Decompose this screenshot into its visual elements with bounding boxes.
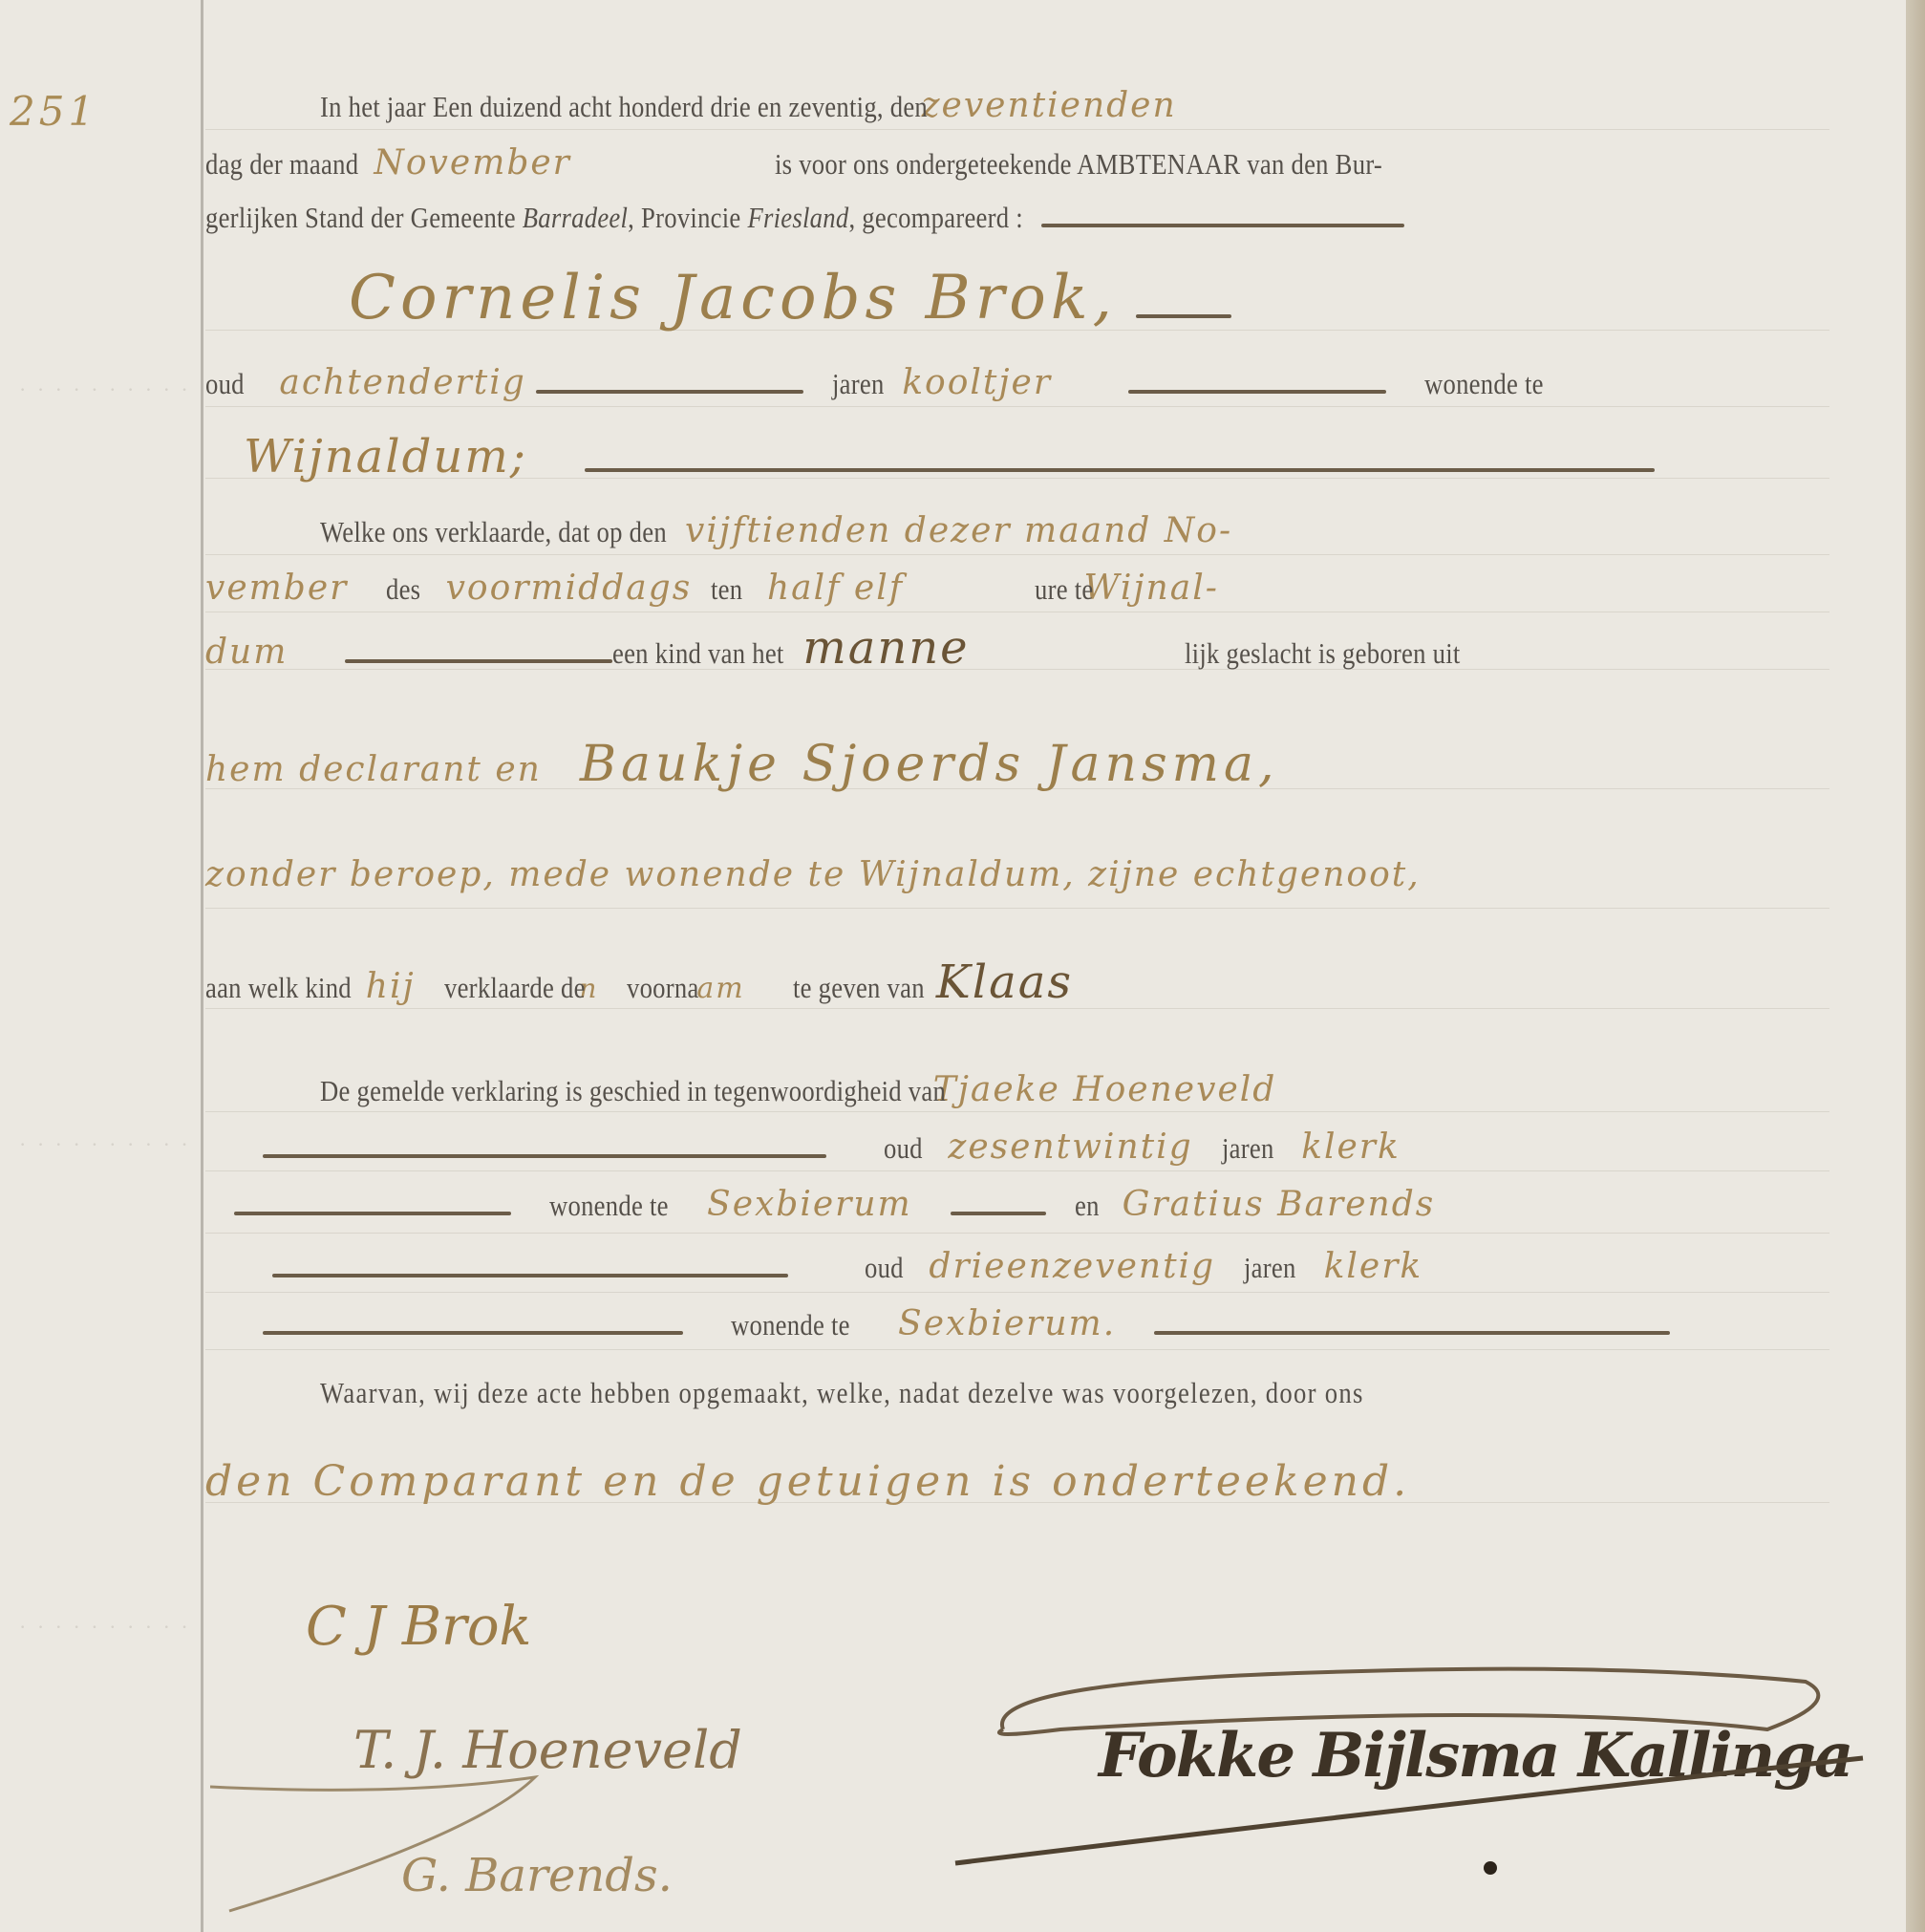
printed-text: wonende te: [1424, 367, 1544, 401]
text-line-19: den Comparant en de getuigen is ondertee…: [205, 1457, 1877, 1524]
text-line-8: vember des voormiddags ten half elf ure …: [205, 569, 1877, 626]
fill-stroke: [585, 468, 1655, 472]
bleed-through-text: · · · · · · · · · ·: [19, 1615, 191, 1640]
printed-text: des: [386, 572, 420, 607]
text-line-1: In het jaar Een duizend acht honderd dri…: [205, 86, 1877, 143]
fill-stroke: [536, 390, 803, 394]
fill-stroke: [1041, 224, 1404, 227]
printed-text: jaren: [832, 367, 885, 401]
text-line-14: oud zesentwintig jaren klerk: [205, 1127, 1877, 1185]
printed-text: gerlijken Stand der Gemeente Barradeel, …: [205, 201, 1023, 235]
printed-text: verklaarde de: [444, 971, 586, 1005]
birth-hour: half elf: [767, 569, 1035, 608]
handwritten-day: zeventienden: [922, 86, 1177, 125]
birth-place: Wijnal-: [1084, 569, 1219, 608]
declarant-age: achtendertig: [279, 363, 525, 402]
printed-text: is voor ons ondergeteekende AMBTENAAR va…: [775, 147, 1382, 182]
child-name: Klaas: [936, 955, 1073, 1009]
printed-text: jaren: [1222, 1131, 1274, 1166]
fill-stroke: [263, 1331, 683, 1335]
signing-statement: den Comparant en de getuigen is ondertee…: [205, 1457, 1410, 1506]
text-line-5: oud achtendertig jaren kooltjer wonende …: [205, 363, 1877, 420]
declarant-occupation: kooltjer: [902, 363, 1052, 402]
printed-text: ure te: [1035, 572, 1094, 607]
bleed-through-text: · · · · · · · · · ·: [19, 377, 191, 402]
signature-declarant: C J Brok: [306, 1596, 531, 1658]
text-line-10: hem declarant en Baukje Sjoerds Jansma,: [205, 736, 1877, 803]
witness-2-name: Gratius Barends: [1123, 1185, 1436, 1224]
official-signature-flourish: [946, 1643, 1892, 1882]
printed-text: De gemelde verklaring is geschied in teg…: [320, 1074, 946, 1108]
printed-text: In het jaar Een duizend acht honderd dri…: [320, 90, 928, 124]
printed-text: en: [1075, 1189, 1100, 1223]
fill-stroke: [951, 1212, 1046, 1215]
margin-rule: [201, 0, 203, 1932]
printed-text: jaren: [1244, 1251, 1296, 1285]
fill-stroke: [263, 1154, 826, 1158]
witness-1-residence: Sexbierum: [707, 1185, 912, 1224]
witness-2-occupation: klerk: [1324, 1247, 1423, 1286]
certificate-page: 251 · · · · · · · · · · · · · · · · · · …: [0, 0, 1906, 1932]
declarant-residence: Wijnaldum;: [244, 430, 527, 483]
printed-text: voorna: [627, 971, 699, 1005]
birth-month: vember: [205, 569, 348, 608]
fill-stroke: [345, 659, 612, 663]
printed-text: Waarvan, wij deze acte hebben opgemaakt,…: [320, 1376, 1364, 1410]
text-line-16: oud drieenzeventig jaren klerk: [205, 1247, 1877, 1304]
printed-text: dag der maand: [205, 147, 358, 182]
handwritten-month: November: [374, 143, 775, 182]
fill-stroke: [1136, 314, 1231, 318]
printed-text: oud: [884, 1131, 923, 1166]
printed-text: oud: [205, 367, 245, 401]
signature-witness-2: G. Barends.: [401, 1849, 673, 1902]
text-line-9: dum een kind van het manne lijk geslacht…: [205, 621, 1877, 678]
binding-edge: [1906, 0, 1925, 1932]
printed-text: oud: [865, 1251, 904, 1285]
text-line-17: wonende te Sexbierum.: [205, 1304, 1877, 1362]
witness-1-occupation: klerk: [1301, 1127, 1401, 1167]
mother-details: zonder beroep, mede wonende te Wijnaldum…: [205, 855, 1421, 894]
fill-stroke: [234, 1212, 511, 1215]
printed-text: te geven van: [793, 971, 925, 1005]
text-line-6: Wijnaldum;: [205, 430, 1877, 487]
printed-text: ten: [711, 572, 742, 607]
bleed-through-text: · · · · · · · · · ·: [19, 1132, 191, 1157]
handwritten-suffix: am: [696, 972, 744, 1005]
text-line-4: Cornelis Jacobs Brok,: [205, 263, 1877, 339]
printed-text: wonende te: [731, 1308, 850, 1342]
time-of-day: voormiddags: [446, 569, 693, 608]
mother-name: Baukje Sjoerds Jansma,: [580, 736, 1279, 793]
printed-text: een kind van het: [612, 636, 784, 671]
witness-2-residence: Sexbierum.: [898, 1304, 1116, 1343]
record-number: 251: [10, 88, 97, 135]
text-line-7: Welke ons verklaarde, dat op den vijftie…: [205, 511, 1877, 569]
fill-stroke: [1154, 1331, 1670, 1335]
text-line-18: Waarvan, wij deze acte hebben opgemaakt,…: [205, 1376, 1877, 1433]
text-line-2: dag der maand November is voor ons onder…: [205, 143, 1877, 201]
fill-stroke: [1128, 390, 1386, 394]
printed-text: aan welk kind: [205, 971, 352, 1005]
text-line-3: gerlijken Stand der Gemeente Barradeel, …: [205, 201, 1877, 258]
printed-text: lijk geslacht is geboren uit: [1185, 636, 1461, 671]
printed-text: wonende te: [549, 1189, 669, 1223]
text-line-12: aan welk kind hij verklaarde de n voorna…: [205, 955, 1877, 1013]
child-sex: manne: [802, 621, 1185, 675]
witness-1-age: zesentwintig: [948, 1127, 1192, 1167]
witness-1-name: Tjaeke Hoeneveld: [933, 1070, 1277, 1109]
declarant-pronoun: hij: [366, 967, 416, 1006]
text-line-11: zonder beroep, mede wonende te Wijnaldum…: [205, 855, 1877, 912]
witness-2-age: drieenzeventig: [929, 1247, 1215, 1286]
birth-date: vijftienden dezer maand No-: [685, 511, 1232, 550]
text-line-13: De gemelde verklaring is geschied in teg…: [205, 1070, 1877, 1127]
text-line-15: wonende te Sexbierum en Gratius Barends: [205, 1185, 1877, 1242]
fill-stroke: [272, 1274, 788, 1277]
printed-text: Welke ons verklaarde, dat op den: [320, 515, 667, 549]
birth-place-cont: dum: [205, 633, 288, 672]
father-reference: hem declarant en: [205, 750, 542, 789]
declarant-name: Cornelis Jacobs Brok,: [349, 263, 1117, 333]
